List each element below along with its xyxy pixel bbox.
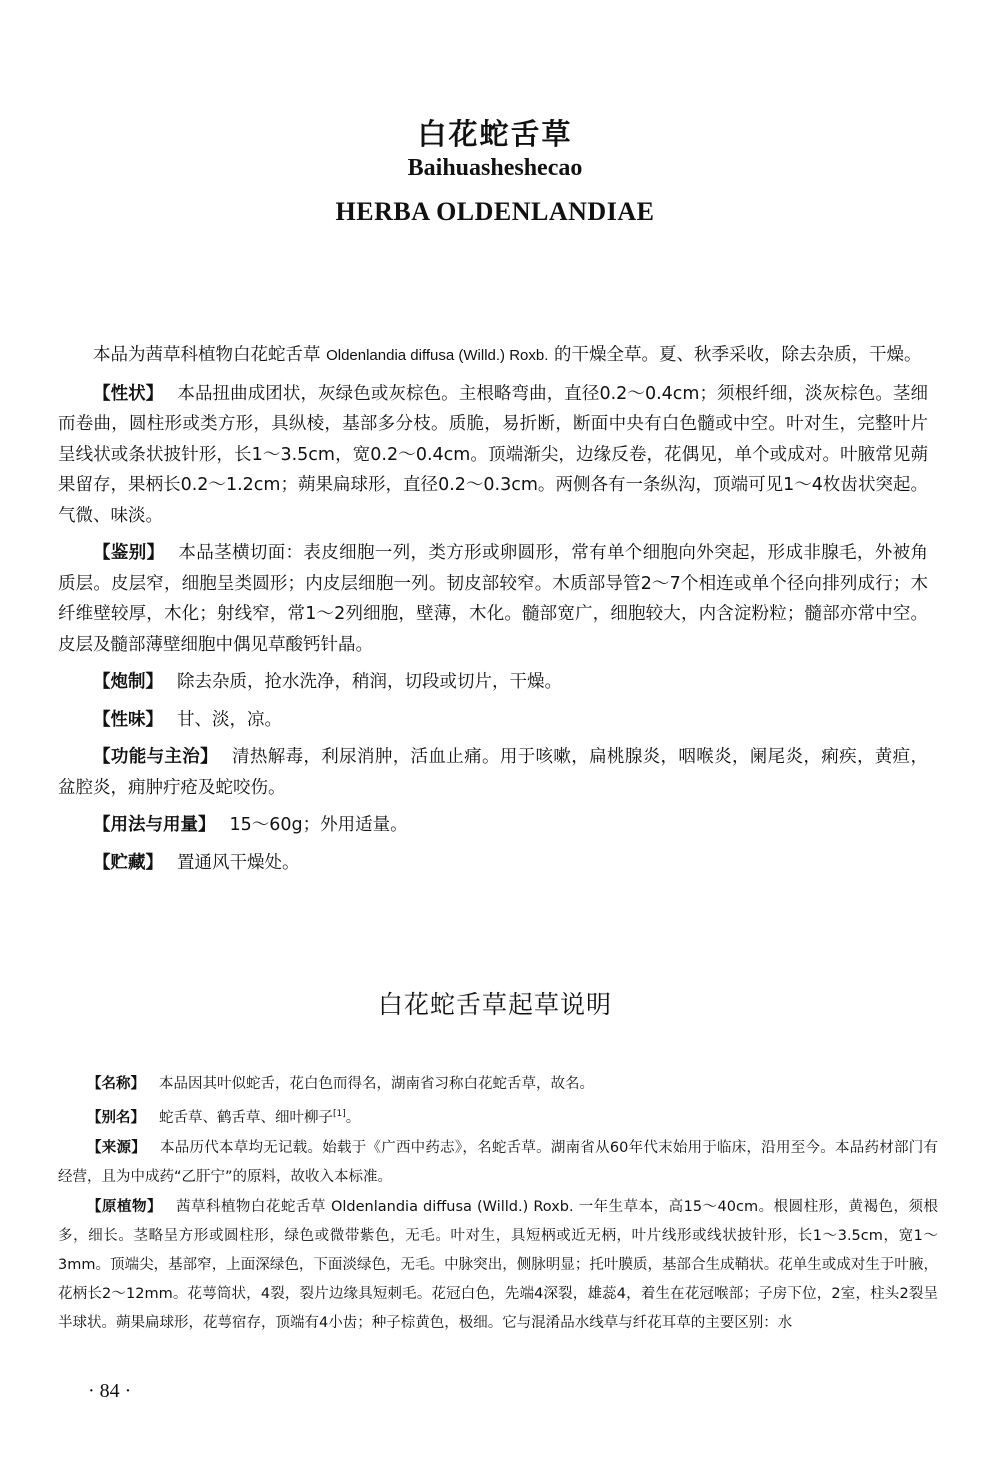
section-text: 15～60g；外用适量。 <box>230 815 408 835</box>
monograph-title-pinyin: Baihuasheshecao <box>0 155 990 182</box>
section-text: 茜草科植物白花蛇舌草 Oldenlandia diffusa (Willd.) … <box>58 1199 938 1331</box>
section-text: 除去杂质，抢水洗净，稍润，切段或切片，干燥。 <box>177 672 562 692</box>
note-source: 【来源】本品历代本草均无记载。始载于《广西中药志》，名蛇舌草。湖南省从60年代末… <box>58 1134 938 1192</box>
reference-marker: [1] <box>333 1109 346 1119</box>
section-text: 本品因其叶似蛇舌，花白色而得名，湖南省习称白花蛇舌草，故名。 <box>159 1076 594 1092</box>
section-label: 【原植物】 <box>87 1199 162 1215</box>
section-label: 【别名】 <box>87 1110 145 1126</box>
section-label: 【炮制】 <box>93 672 163 692</box>
section-label: 【性状】 <box>93 384 163 404</box>
intro-paragraph: 本品为茜草科植物白花蛇舌草 Oldenlandia diffusa (Willd… <box>58 340 928 372</box>
monograph-title-chinese: 白花蛇舌草 <box>0 112 990 153</box>
section-label: 【功能与主治】 <box>93 747 218 767</box>
section-text: 本品茎横切面：表皮细胞一列，类方形或卵圆形，常有单个细胞向外突起，形成非腺毛，外… <box>58 543 928 655</box>
page-number: · 84 · <box>88 1380 131 1403</box>
section-property-flavor: 【性味】甘、淡，凉。 <box>58 705 928 736</box>
intro-text-end: 的干燥全草。夏、秋季采收，除去杂质，干燥。 <box>548 345 921 365</box>
section-label: 【贮藏】 <box>93 853 163 873</box>
section-label: 【性味】 <box>93 710 163 730</box>
section-label: 【用法与用量】 <box>93 815 216 835</box>
section-label: 【鉴别】 <box>93 543 164 563</box>
section-actions-indications: 【功能与主治】清热解毒，利尿消肿，活血止痛。用于咳嗽，扁桃腺炎，咽喉炎，阑尾炎，… <box>58 742 928 803</box>
section-text: 蛇舌草、鹤舌草、细叶柳子 <box>159 1110 333 1126</box>
section-description: 【性状】本品扭曲成团状，灰绿色或灰棕色。主根略弯曲，直径0.2～0.4cm；须根… <box>58 379 928 532</box>
drafting-notes-title: 白花蛇舌草起草说明 <box>0 985 990 1021</box>
section-text-end: 。 <box>346 1110 361 1126</box>
note-original-plant: 【原植物】茜草科植物白花蛇舌草 Oldenlandia diffusa (Wil… <box>58 1193 938 1338</box>
monograph-body: 本品为茜草科植物白花蛇舌草 Oldenlandia diffusa (Willd… <box>58 340 928 885</box>
section-storage: 【贮藏】置通风干燥处。 <box>58 848 928 879</box>
section-label: 【来源】 <box>87 1140 146 1156</box>
monograph-title-latin: HERBA OLDENLANDIAE <box>0 197 990 227</box>
section-text: 本品扭曲成团状，灰绿色或灰棕色。主根略弯曲，直径0.2～0.4cm；须根纤细，淡… <box>58 384 928 526</box>
latin-species-name: Oldenlandia diffusa (Willd.) Roxb. <box>326 347 548 364</box>
section-text: 本品历代本草均无记载。始载于《广西中药志》，名蛇舌草。湖南省从60年代末始用于临… <box>58 1140 938 1185</box>
drafting-notes-body: 【名称】本品因其叶似蛇舌，花白色而得名，湖南省习称白花蛇舌草，故名。 【别名】蛇… <box>58 1070 938 1339</box>
note-alias: 【别名】蛇舌草、鹤舌草、细叶柳子[1]。 <box>58 1100 938 1133</box>
section-label: 【名称】 <box>87 1076 145 1092</box>
section-identification: 【鉴别】本品茎横切面：表皮细胞一列，类方形或卵圆形，常有单个细胞向外突起，形成非… <box>58 538 928 660</box>
intro-text: 本品为茜草科植物白花蛇舌草 <box>93 345 326 365</box>
section-text: 置通风干燥处。 <box>177 853 300 873</box>
note-name: 【名称】本品因其叶似蛇舌，花白色而得名，湖南省习称白花蛇舌草，故名。 <box>58 1070 938 1099</box>
section-dosage: 【用法与用量】15～60g；外用适量。 <box>58 810 928 841</box>
section-processing: 【炮制】除去杂质，抢水洗净，稍润，切段或切片，干燥。 <box>58 667 928 698</box>
section-text: 甘、淡，凉。 <box>177 710 282 730</box>
